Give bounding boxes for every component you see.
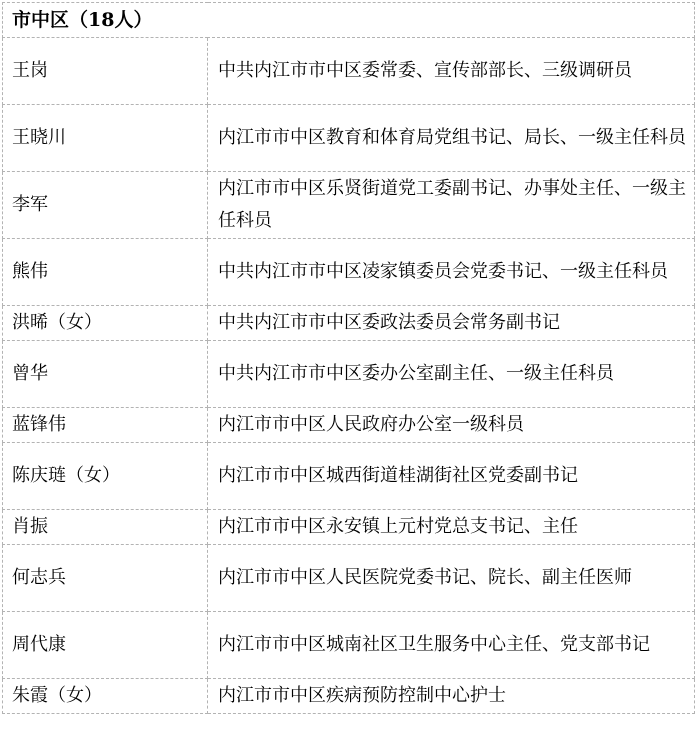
person-name: 曾华 — [3, 341, 208, 408]
person-position: 内江市市中区城西街道桂湖街社区党委副书记 — [208, 443, 695, 510]
person-name: 李军 — [3, 172, 208, 239]
table-row: 熊伟 中共内江市市中区凌家镇委员会党委书记、一级主任科员 — [3, 239, 695, 306]
table-row: 曾华 中共内江市市中区委办公室副主任、一级主任科员 — [3, 341, 695, 408]
table-row: 王岗 中共内江市市中区委常委、宣传部部长、三级调研员 — [3, 38, 695, 105]
table-row: 蓝锋伟 内江市市中区人民政府办公室一级科员 — [3, 408, 695, 443]
person-position: 内江市市中区城南社区卫生服务中心主任、党支部书记 — [208, 612, 695, 679]
table-row: 王晓川 内江市市中区教育和体育局党组书记、局长、一级主任科员 — [3, 105, 695, 172]
table-row: 周代康 内江市市中区城南社区卫生服务中心主任、党支部书记 — [3, 612, 695, 679]
table-row: 朱霞（女） 内江市市中区疾病预防控制中心护士 — [3, 679, 695, 714]
person-name: 王晓川 — [3, 105, 208, 172]
person-name: 肖振 — [3, 510, 208, 545]
person-name: 蓝锋伟 — [3, 408, 208, 443]
table-row: 陈庆琏（女） 内江市市中区城西街道桂湖街社区党委副书记 — [3, 443, 695, 510]
person-name: 朱霞（女） — [3, 679, 208, 714]
table-row: 洪晞（女） 中共内江市市中区委政法委员会常务副书记 — [3, 306, 695, 341]
person-position: 中共内江市市中区凌家镇委员会党委书记、一级主任科员 — [208, 239, 695, 306]
person-position: 中共内江市市中区委政法委员会常务副书记 — [208, 306, 695, 341]
personnel-table: 市中区（18人） 王岗 中共内江市市中区委常委、宣传部部长、三级调研员 王晓川 … — [2, 2, 695, 714]
person-name: 周代康 — [3, 612, 208, 679]
person-position: 内江市市中区永安镇上元村党总支书记、主任 — [208, 510, 695, 545]
person-name: 洪晞（女） — [3, 306, 208, 341]
district-header: 市中区（18人） — [3, 3, 695, 38]
person-name: 熊伟 — [3, 239, 208, 306]
person-position: 内江市市中区人民政府办公室一级科员 — [208, 408, 695, 443]
person-position: 内江市市中区疾病预防控制中心护士 — [208, 679, 695, 714]
person-position: 中共内江市市中区委办公室副主任、一级主任科员 — [208, 341, 695, 408]
person-name: 何志兵 — [3, 545, 208, 612]
person-name: 王岗 — [3, 38, 208, 105]
table-header-row: 市中区（18人） — [3, 3, 695, 38]
person-position: 内江市市中区人民医院党委书记、院长、副主任医师 — [208, 545, 695, 612]
table-row: 李军 内江市市中区乐贤街道党工委副书记、办事处主任、一级主任科员 — [3, 172, 695, 239]
table-row: 肖振 内江市市中区永安镇上元村党总支书记、主任 — [3, 510, 695, 545]
person-position: 内江市市中区乐贤街道党工委副书记、办事处主任、一级主任科员 — [208, 172, 695, 239]
table-row: 何志兵 内江市市中区人民医院党委书记、院长、副主任医师 — [3, 545, 695, 612]
person-position: 中共内江市市中区委常委、宣传部部长、三级调研员 — [208, 38, 695, 105]
person-name: 陈庆琏（女） — [3, 443, 208, 510]
person-position: 内江市市中区教育和体育局党组书记、局长、一级主任科员 — [208, 105, 695, 172]
